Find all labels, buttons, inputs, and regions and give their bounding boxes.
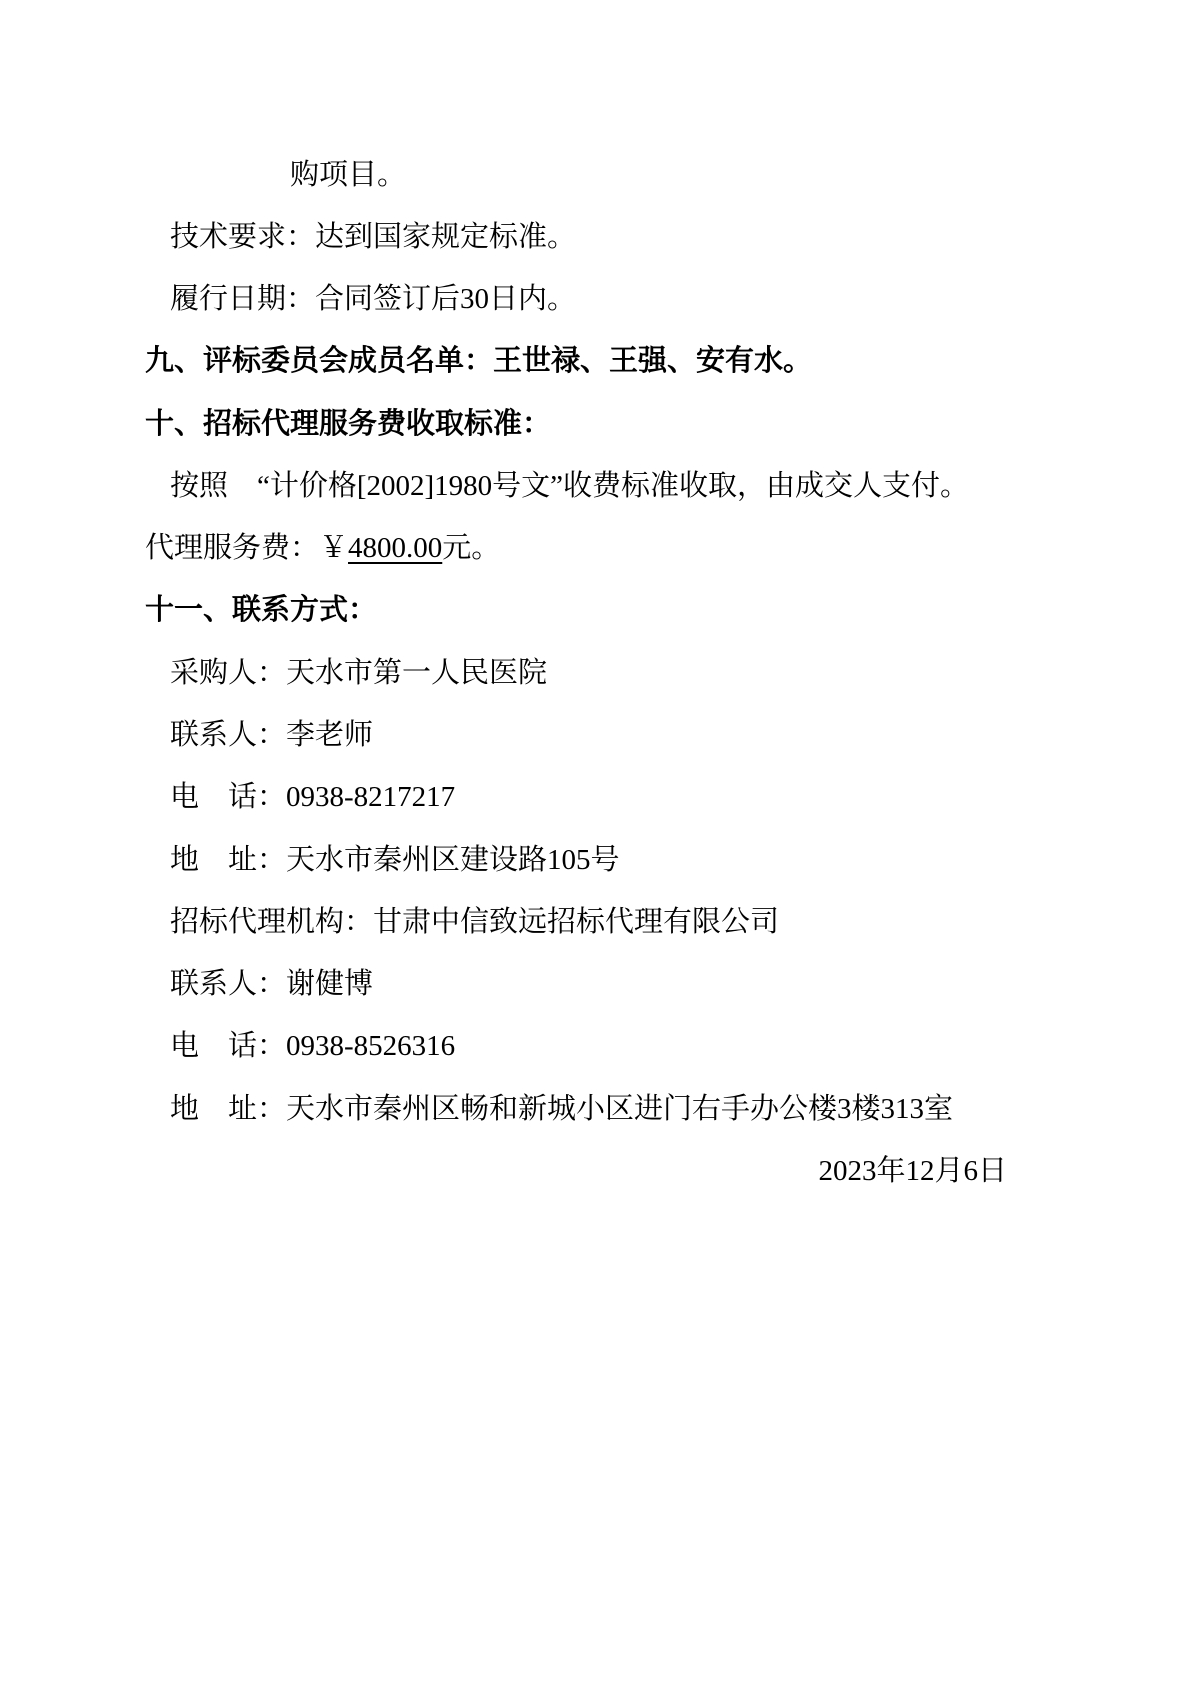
paragraph-purchaser: 采购人：天水市第一人民医院	[170, 652, 547, 694]
agency-fee-amount: 4800.00	[348, 532, 442, 564]
section-10-agency-fee-standard-heading: 十、招标代理服务费收取标准：	[145, 403, 551, 445]
paragraph-agency-fee: 代理服务费：￥4800.00元。	[145, 527, 500, 569]
paragraph-contact-person-agency: 联系人：谢健博	[170, 963, 373, 1005]
agency-fee-label: 代理服务费：￥	[145, 532, 348, 564]
section-9-evaluation-committee-heading: 九、评标委员会成员名单：王世禄、王强、安有水。	[145, 340, 812, 382]
paragraph-address-agency: 地 址：天水市秦州区畅和新城小区进门右手办公楼3楼313室	[170, 1088, 953, 1130]
paragraph-purchase-project-continuation: 购项目。	[290, 154, 406, 196]
document-page: 购项目。 技术要求：达到国家规定标准。 履行日期：合同签订后30日内。 九、评标…	[0, 0, 1191, 1684]
paragraph-phone-agency: 电 话：0938-8526316	[170, 1025, 455, 1067]
document-date: 2023年12月6日	[0, 1150, 1007, 1192]
paragraph-technical-requirements: 技术要求：达到国家规定标准。	[170, 216, 576, 258]
section-11-contact-info-heading: 十一、联系方式：	[145, 589, 377, 631]
paragraph-contact-person-purchaser: 联系人：李老师	[170, 714, 373, 756]
paragraph-fee-basis: 按照 “计价格[2002]1980号文”收费标准收取，由成交人支付。	[170, 465, 969, 507]
paragraph-performance-date: 履行日期：合同签订后30日内。	[170, 278, 576, 320]
paragraph-agency-name: 招标代理机构：甘肃中信致远招标代理有限公司	[170, 901, 779, 943]
agency-fee-suffix: 元。	[442, 532, 500, 564]
paragraph-phone-purchaser: 电 话：0938-8217217	[170, 776, 455, 818]
paragraph-address-purchaser: 地 址：天水市秦州区建设路105号	[170, 839, 620, 881]
